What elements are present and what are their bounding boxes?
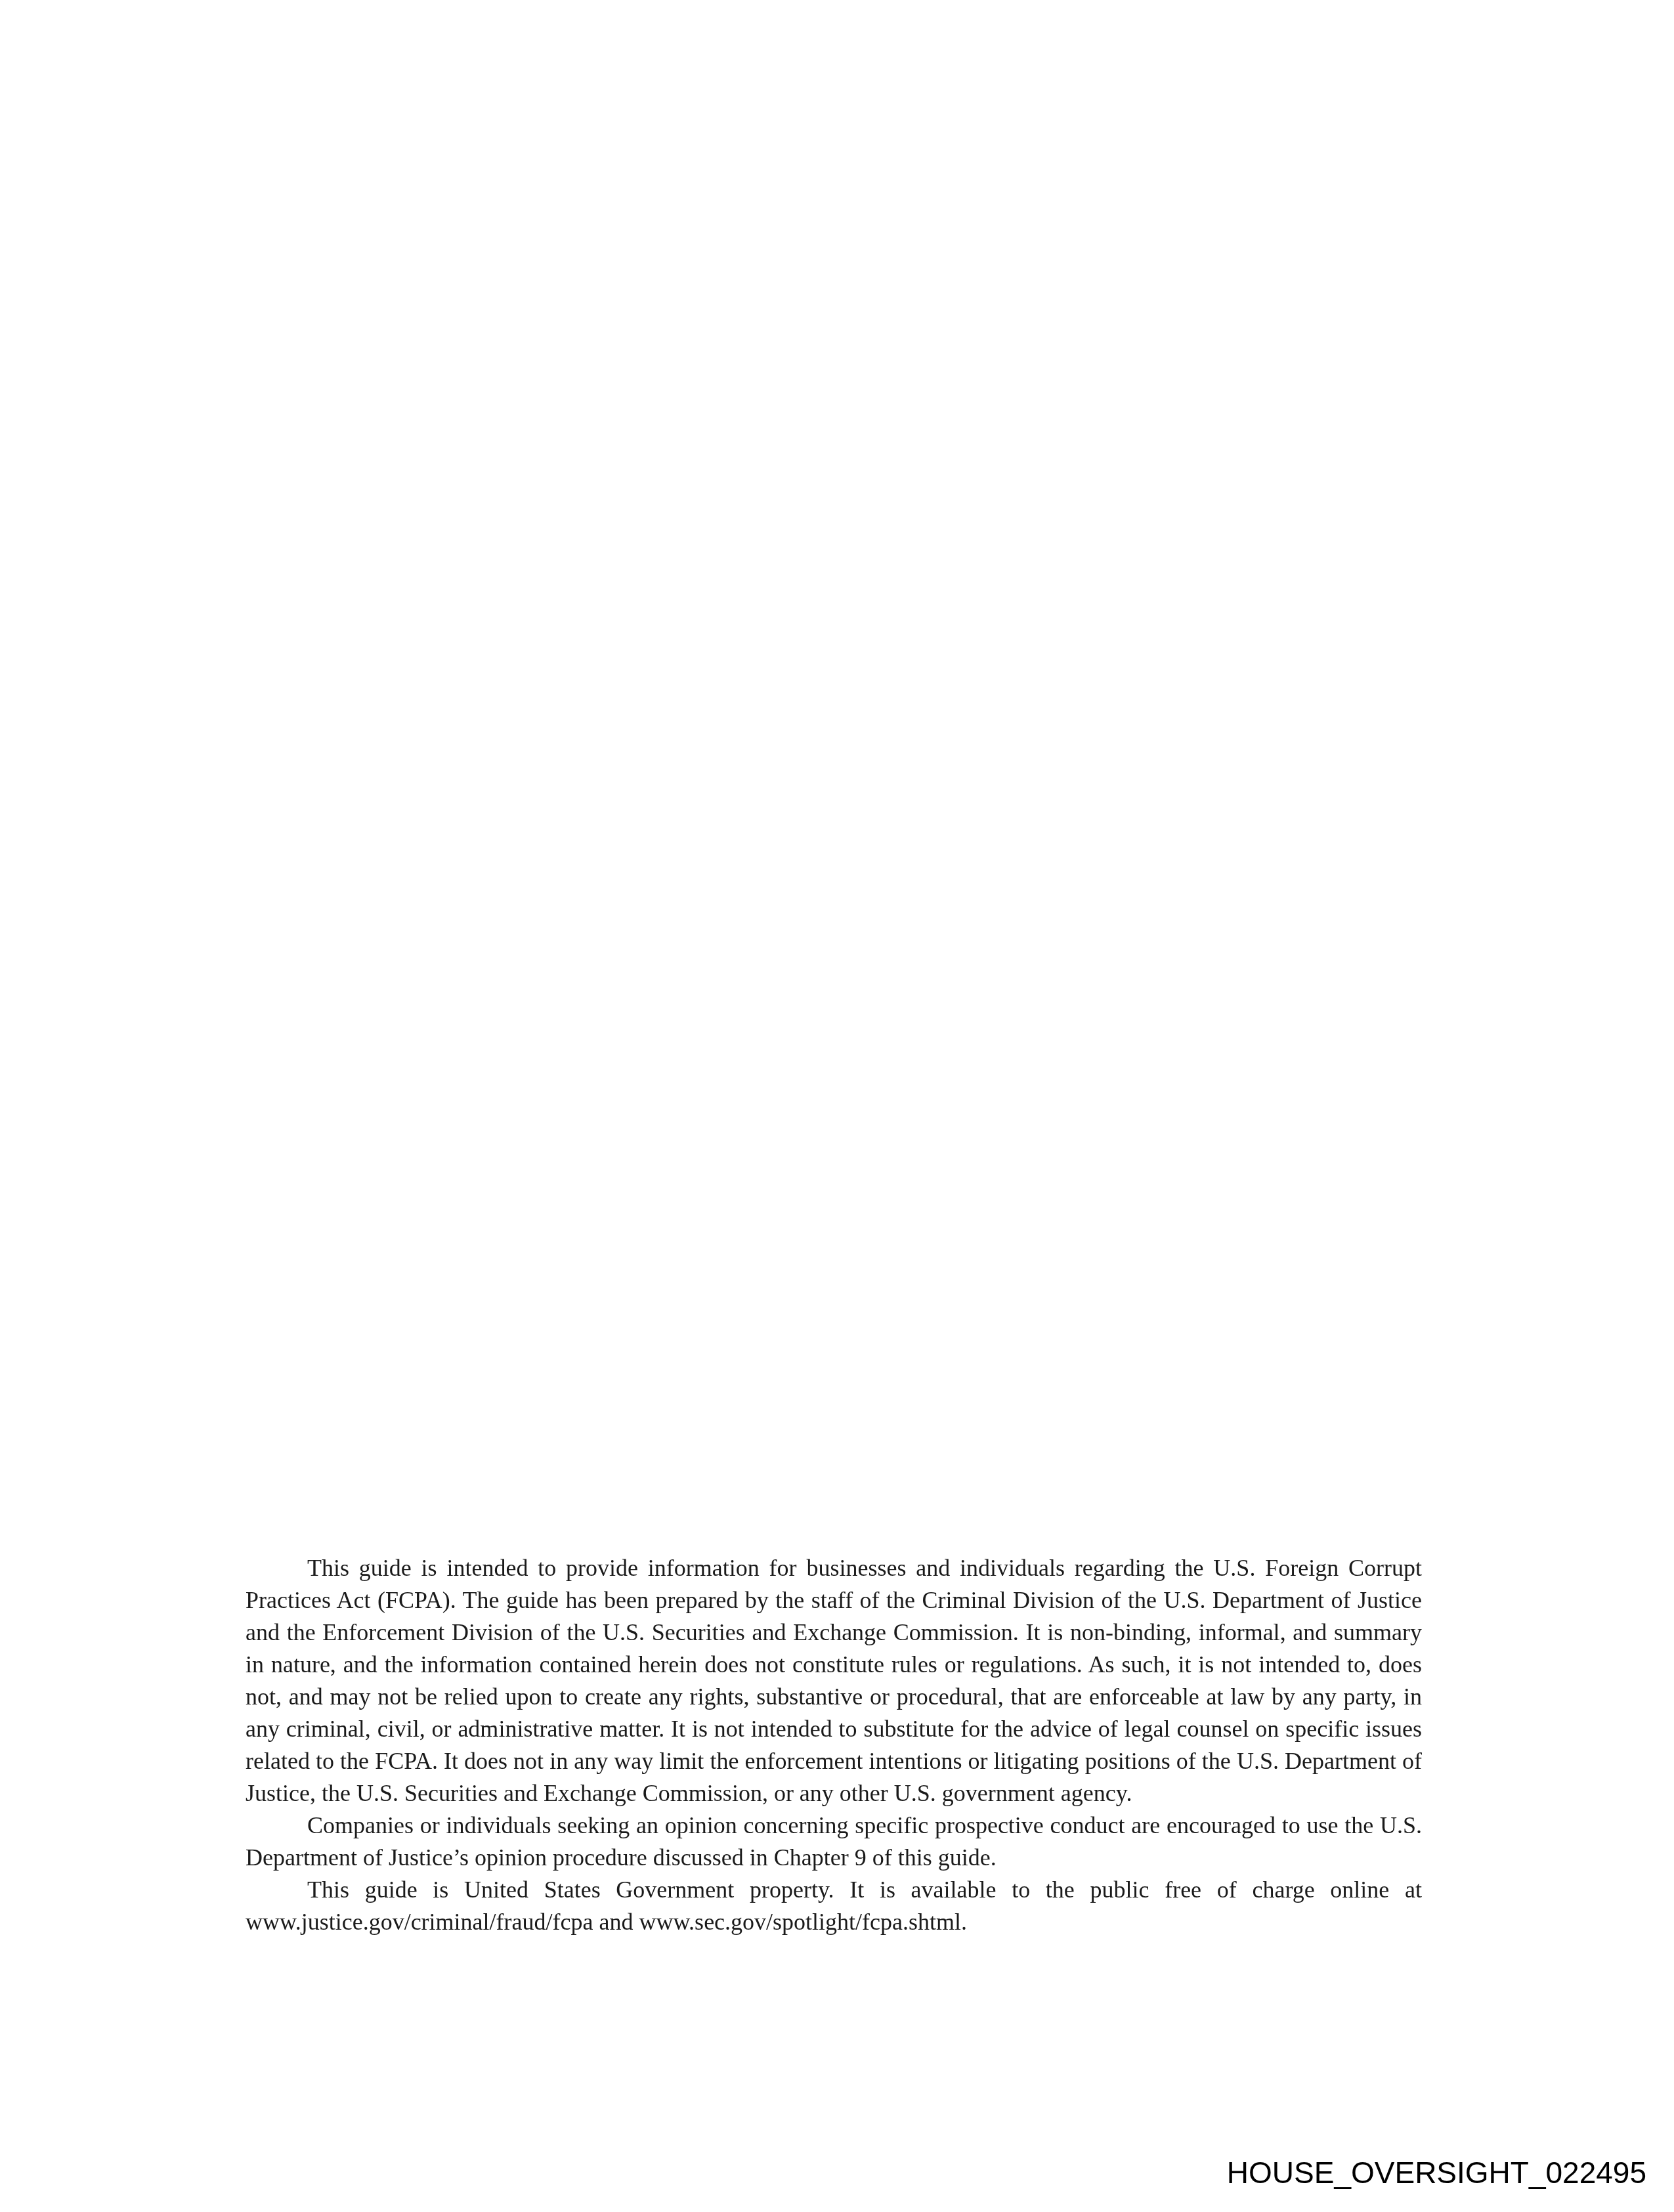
disclaimer-paragraph-availability: This guide is United States Government p…	[246, 1874, 1422, 1938]
disclaimer-paragraph-purpose: This guide is intended to provide inform…	[246, 1552, 1422, 1810]
disclaimer-paragraph-opinion-procedure: Companies or individuals seeking an opin…	[246, 1810, 1422, 1874]
bates-stamp: HOUSE_OVERSIGHT_022495	[1227, 2156, 1646, 2190]
document-page: This guide is intended to provide inform…	[0, 0, 1674, 2212]
disclaimer-text-block: This guide is intended to provide inform…	[246, 1552, 1422, 1938]
